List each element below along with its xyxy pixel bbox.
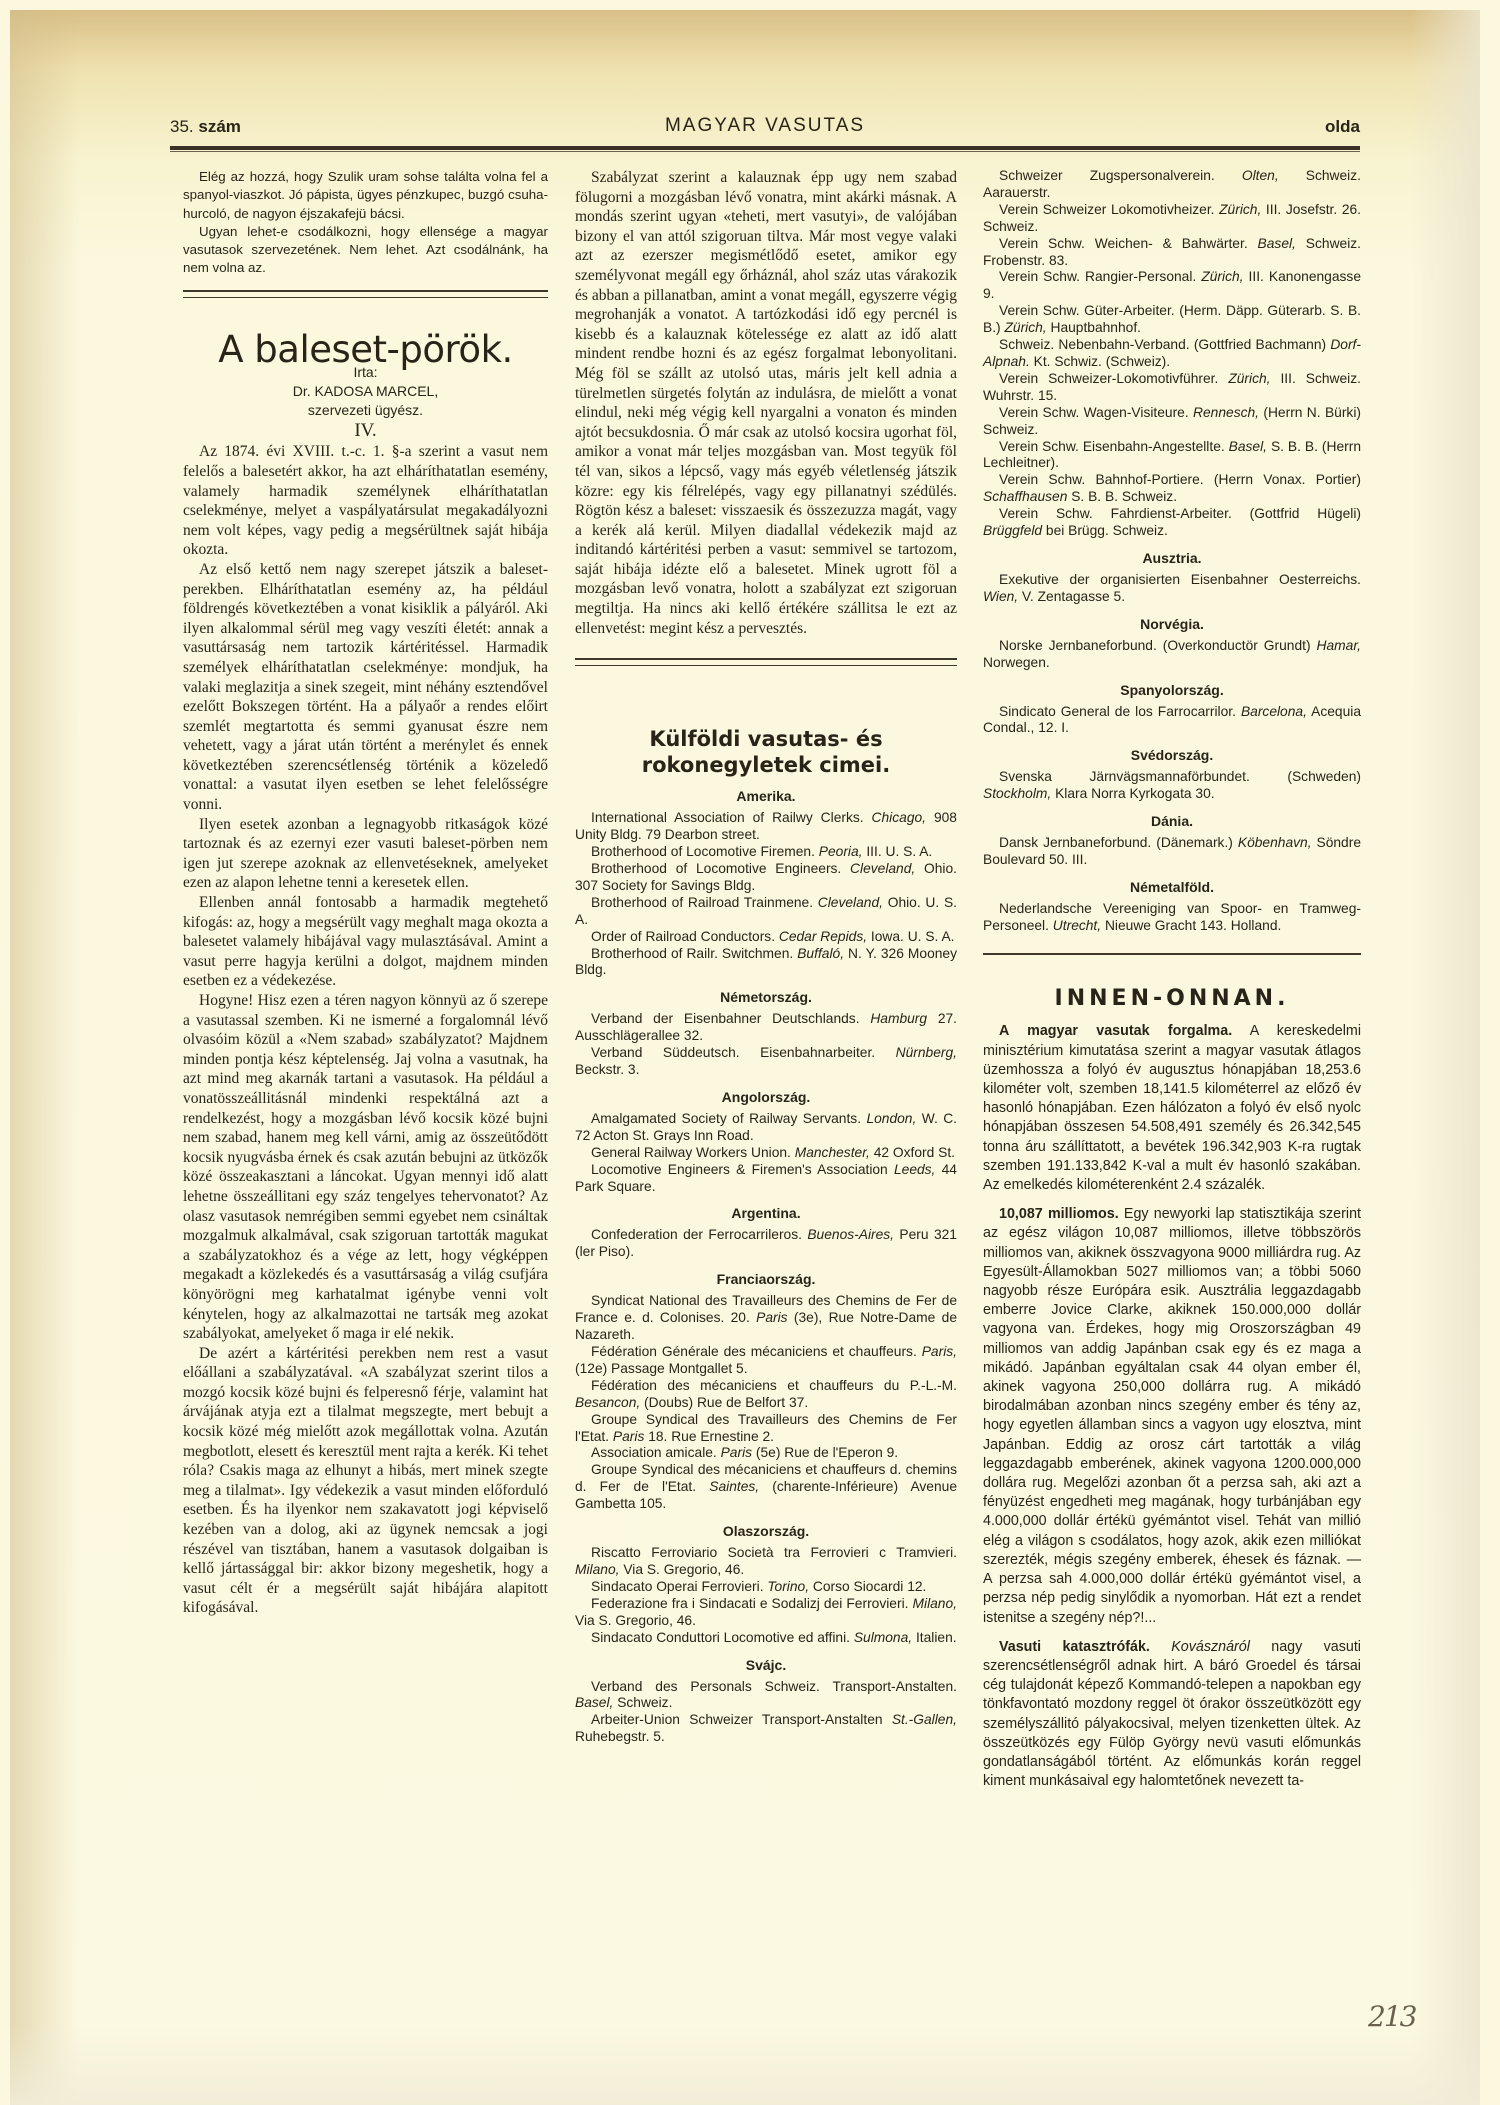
article-paragraph: De azért a kártéritési perekben nem rest… bbox=[183, 1344, 548, 1618]
directory-entry: Order of Railroad Conductors. Cedar Repi… bbox=[575, 929, 957, 946]
directory-entry: General Railway Workers Union. Mancheste… bbox=[575, 1145, 957, 1162]
country-heading: Svédország. bbox=[983, 745, 1361, 765]
header-rule-thin bbox=[170, 151, 1360, 152]
entry-city: St.-Gallen, bbox=[892, 1712, 957, 1727]
country-heading: Ausztria. bbox=[983, 548, 1361, 568]
directory-entry: Riscatto Ferroviario Società tra Ferrovi… bbox=[575, 1545, 957, 1579]
directory-entry: Verband des Personals Schweiz. Transport… bbox=[575, 1679, 957, 1713]
entry-city: Hamburg bbox=[870, 1011, 927, 1026]
entry-city: Paris bbox=[613, 1429, 644, 1444]
directory-entry: Verein Schw. Bahnhof-Portiere. (Herrn Vo… bbox=[983, 472, 1361, 506]
directory-entry: Sindacato Operai Ferrovieri. Torino, Cor… bbox=[575, 1579, 957, 1596]
country-heading: Dánia. bbox=[983, 811, 1361, 831]
association-directory-continued: Ausztria.Exekutive der organisierten Eis… bbox=[983, 548, 1361, 935]
directory-entry: Schweizer Zugspersonalverein. Olten, Sch… bbox=[983, 168, 1361, 202]
country-heading: Amerika. bbox=[575, 786, 957, 806]
entry-city: Zürich, bbox=[1219, 202, 1261, 217]
directory-entry: International Association of Railwy Cler… bbox=[575, 810, 957, 844]
country-heading: Németország. bbox=[575, 987, 957, 1007]
section-divider bbox=[575, 658, 957, 666]
country-heading: Olaszország. bbox=[575, 1521, 957, 1541]
author-role: szervezeti ügyész. bbox=[183, 401, 548, 420]
directory-entry: Verband der Eisenbahner Deutschlands. Ha… bbox=[575, 1011, 957, 1045]
entry-city: Basel, bbox=[1229, 439, 1267, 454]
country-heading: Svájc. bbox=[575, 1655, 957, 1675]
header-rule bbox=[170, 146, 1360, 150]
country-heading: Franciaország. bbox=[575, 1269, 957, 1289]
entry-city: Stockholm, bbox=[983, 786, 1051, 801]
directory-entry: Verein Schw. Eisenbahn-Angestellte. Base… bbox=[983, 439, 1361, 473]
directory-entry: Verein Schw. Güter-Arbeiter. (Herm. Däpp… bbox=[983, 303, 1361, 337]
directory-entry: Verein Schw. Weichen- & Bahwärter. Basel… bbox=[983, 236, 1361, 270]
directory-entry: Svenska Järnvägsmannaförbundet. (Schwede… bbox=[983, 769, 1361, 803]
directory-entry: Syndicat National des Travailleurs des C… bbox=[575, 1293, 957, 1344]
entry-city: Buffaló, bbox=[797, 946, 844, 961]
article-body: Az 1874. évi XVIII. t.-c. 1. §-a szerint… bbox=[183, 442, 548, 1618]
entry-city: Utrecht, bbox=[1053, 918, 1101, 933]
entry-city: Milano, bbox=[913, 1596, 957, 1611]
directory-entry: Federazione fra i Sindacati e Sodalizj d… bbox=[575, 1596, 957, 1630]
entry-city: Paris bbox=[756, 1310, 787, 1325]
intro-paragraph: Elég az hozzá, hogy Szulik uram sohse ta… bbox=[183, 168, 548, 223]
entry-city: Schaffhausen bbox=[983, 489, 1067, 504]
directory-entry: Brotherhood of Locomotive Engineers. Cle… bbox=[575, 861, 957, 895]
entry-city: Basel, bbox=[575, 1695, 613, 1710]
section-divider bbox=[183, 290, 548, 298]
directory-entry: Confederation der Ferrocarrileros. Bueno… bbox=[575, 1227, 957, 1261]
article-continuation: Szabályzat szerint a kalauznak épp ugy n… bbox=[575, 168, 957, 638]
publication-title: MAGYAR VASUTAS bbox=[170, 115, 1360, 137]
entry-city: Hamar, bbox=[1317, 638, 1361, 653]
country-heading: Spanyolország. bbox=[983, 680, 1361, 700]
innen-onnan-title: INNEN-ONNAN. bbox=[983, 989, 1361, 1009]
entry-city: Chicago, bbox=[872, 810, 926, 825]
column-3: Schweizer Zugspersonalverein. Olten, Sch… bbox=[983, 168, 1361, 1801]
entry-city: Rennesch, bbox=[1193, 405, 1259, 420]
news-headline: A magyar vasutak forgalma. bbox=[999, 1023, 1232, 1039]
entry-city: Olten, bbox=[1242, 168, 1279, 183]
swiss-associations-continued: Schweizer Zugspersonalverein. Olten, Sch… bbox=[983, 168, 1361, 540]
article-paragraph: Szabályzat szerint a kalauznak épp ugy n… bbox=[575, 168, 957, 638]
directory-entry: Schweiz. Nebenbahn-Verband. (Gottfried B… bbox=[983, 337, 1361, 371]
news-headline: 10,087 milliomos. bbox=[999, 1206, 1119, 1222]
directory-entry: Arbeiter-Union Schweizer Transport-Ansta… bbox=[575, 1712, 957, 1746]
entry-city: Sulmona, bbox=[854, 1630, 912, 1645]
directory-entry: Sindicato General de los Farrocarrilor. … bbox=[983, 704, 1361, 738]
directory-title: Külföldi vasutas- és rokonegyletek cimei… bbox=[575, 726, 957, 778]
column-1: Elég az hozzá, hogy Szulik uram sohse ta… bbox=[183, 168, 548, 1618]
directory-entry: Verein Schw. Rangier-Personal. Zürich, I… bbox=[983, 269, 1361, 303]
directory-entry: Verein Schweizer-Lokomotivführer. Zürich… bbox=[983, 371, 1361, 405]
directory-entry: Amalgamated Society of Railway Servants.… bbox=[575, 1111, 957, 1145]
news-item: Vasuti katasztrófák. Kovásznáról nagy va… bbox=[983, 1638, 1361, 1792]
page-label: olda bbox=[1325, 117, 1360, 137]
entry-city: Paris, bbox=[922, 1344, 957, 1359]
directory-entry: Verein Schweizer Lokomotivheizer. Zürich… bbox=[983, 202, 1361, 236]
entry-city: Wien, bbox=[983, 589, 1018, 604]
directory-entry: Association amicale. Paris (5e) Rue de l… bbox=[575, 1445, 957, 1462]
article-paragraph: Ellenben annál fontosabb a harmadik megt… bbox=[183, 893, 548, 991]
article-part: IV. bbox=[183, 420, 548, 442]
directory-entry: Verband Süddeutsch. Eisenbahnarbeiter. N… bbox=[575, 1045, 957, 1079]
news-items: A magyar vasutak forgalma. A kereskedelm… bbox=[983, 1022, 1361, 1791]
directory-entry: Norske Jernbaneforbund. (Overkonductör G… bbox=[983, 638, 1361, 672]
directory-entry: Verein Schw. Fahrdienst-Arbeiter. (Gottf… bbox=[983, 506, 1361, 540]
directory-entry: Brotherhood of Railr. Switchmen. Buffaló… bbox=[575, 946, 957, 980]
directory-entry: Nederlandsche Vereeniging van Spoor- en … bbox=[983, 901, 1361, 935]
entry-city: Paris bbox=[721, 1445, 752, 1460]
directory-entry: Locomotive Engineers & Firemen's Associa… bbox=[575, 1162, 957, 1196]
entry-city: Dorf-Alpnah. bbox=[983, 337, 1361, 369]
directory-entry: Sindacato Conduttori Locomotive ed affin… bbox=[575, 1630, 957, 1647]
directory-entry: Groupe Syndical des Travailleurs des Che… bbox=[575, 1412, 957, 1446]
country-heading: Argentina. bbox=[575, 1203, 957, 1223]
handwritten-page-number: 213 bbox=[1368, 2000, 1415, 2033]
entry-city: Nürnberg, bbox=[896, 1045, 957, 1060]
directory-entry: Exekutive der organisierten Eisenbahner … bbox=[983, 572, 1361, 606]
directory-entry: Fédération des mécaniciens et chauffeurs… bbox=[575, 1378, 957, 1412]
directory-entry: Brotherhood of Railroad Trainmene. Cleve… bbox=[575, 895, 957, 929]
entry-city: Peoria, bbox=[819, 844, 863, 859]
article-paragraph: Hogyne! Hisz ezen a téren nagyon könnyü … bbox=[183, 991, 548, 1344]
country-heading: Angolország. bbox=[575, 1087, 957, 1107]
news-place: Kovásznáról bbox=[1171, 1639, 1250, 1655]
directory-entry: Groupe Syndical des mécaniciens et chauf… bbox=[575, 1462, 957, 1513]
entry-city: Milano, bbox=[575, 1562, 619, 1577]
directory-entry: Verein Schw. Wagen-Visiteure. Rennesch, … bbox=[983, 405, 1361, 439]
association-directory: Amerika.International Association of Rai… bbox=[575, 786, 957, 1746]
entry-city: Cleveland, bbox=[818, 895, 883, 910]
news-headline: Vasuti katasztrófák. bbox=[999, 1639, 1150, 1655]
paper-edge-bottom bbox=[10, 2025, 1480, 2105]
entry-city: Besancon, bbox=[575, 1395, 640, 1410]
entry-city: Cedar Repids, bbox=[779, 929, 867, 944]
entry-city: Torino, bbox=[767, 1579, 809, 1594]
entry-city: Basel, bbox=[1258, 236, 1296, 251]
entry-city: Brüggfeld bbox=[983, 523, 1042, 538]
country-heading: Norvégia. bbox=[983, 614, 1361, 634]
entry-city: Buenos-Aires, bbox=[807, 1227, 894, 1242]
news-item: 10,087 milliomos. Egy newyorki lap stati… bbox=[983, 1205, 1361, 1627]
country-heading: Németalföld. bbox=[983, 877, 1361, 897]
column-2: Szabályzat szerint a kalauznak épp ugy n… bbox=[575, 168, 957, 1746]
paper-edge-right bbox=[1410, 10, 1480, 2105]
entry-city: Zürich, bbox=[1004, 320, 1046, 335]
article-title: A baleset-pörök. bbox=[183, 340, 548, 360]
entry-city: Manchester, bbox=[795, 1145, 870, 1160]
entry-city: Barcelona, bbox=[1241, 704, 1307, 719]
directory-entry: Dansk Jernbaneforbund. (Dänemark.) Köben… bbox=[983, 835, 1361, 869]
article-paragraph: Ilyen esetek azonban a legnagyobb ritkas… bbox=[183, 815, 548, 893]
entry-city: Köbenhavn, bbox=[1238, 835, 1312, 850]
entry-city: Zürich, bbox=[1228, 371, 1270, 386]
author-name: Dr. KADOSA MARCEL, bbox=[183, 382, 548, 401]
entry-city: Leeds, bbox=[894, 1162, 935, 1177]
news-item: A magyar vasutak forgalma. A kereskedelm… bbox=[983, 1022, 1361, 1195]
section-divider bbox=[983, 953, 1361, 955]
intro-text: Elég az hozzá, hogy Szulik uram sohse ta… bbox=[183, 168, 548, 278]
entry-city: London, bbox=[866, 1111, 916, 1126]
directory-entry: Brotherhood of Locomotive Firemen. Peori… bbox=[575, 844, 957, 861]
article-paragraph: Az első kettő nem nagy szerepet játszik … bbox=[183, 560, 548, 815]
entry-city: Saintes, bbox=[709, 1479, 759, 1494]
directory-entry: Fédération Générale des mécaniciens et c… bbox=[575, 1344, 957, 1378]
article-paragraph: Az 1874. évi XVIII. t.-c. 1. §-a szerint… bbox=[183, 442, 548, 560]
page-header: 35. szám MAGYAR VASUTAS olda bbox=[170, 113, 1360, 143]
entry-city: Cleveland, bbox=[850, 861, 915, 876]
intro-paragraph: Ugyan lehet-e csodálkozni, hogy ellenség… bbox=[183, 223, 548, 278]
entry-city: Zürich, bbox=[1201, 269, 1243, 284]
paper-edge-left bbox=[10, 10, 80, 2105]
